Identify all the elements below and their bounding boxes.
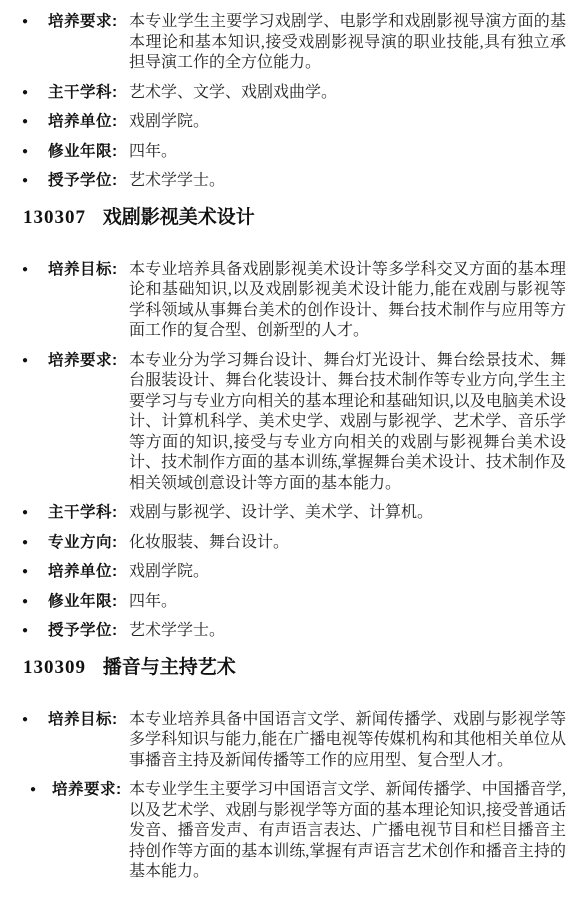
bullet-icon: ● bbox=[22, 142, 48, 163]
item-text: 本专业分为学习舞台设计、舞台灯光设计、舞台绘景技术、舞台服装设计、舞台化装设计、… bbox=[129, 351, 566, 495]
item-text: 艺术学学士。 bbox=[129, 171, 566, 192]
item-text: 本专业学生主要学习戏剧学、电影学和戏剧影视导演方面的基本理论和基本知识,接受戏剧… bbox=[129, 12, 566, 74]
item-text: 本专业学生主要学习中国语言文学、新闻传播学、中国播音学,以及艺术学、戏剧与影视学… bbox=[129, 780, 566, 883]
bullet-icon: ● bbox=[22, 533, 48, 554]
item-label: 修业年限: bbox=[48, 142, 129, 163]
item-label: 专业方向: bbox=[48, 533, 129, 554]
list-item-training-unit: ● 培养单位: 戏剧学院。 bbox=[22, 112, 566, 133]
item-label: 培养要求: bbox=[48, 351, 129, 495]
bullet-icon: ● bbox=[22, 710, 48, 772]
item-text: 艺术学、文学、戏剧戏曲学。 bbox=[129, 83, 566, 104]
item-label: 培养目标: bbox=[48, 260, 129, 342]
bullet-icon: ● bbox=[22, 592, 48, 613]
list-item-degree-awarded: ● 授予学位: 艺术学学士。 bbox=[22, 171, 566, 192]
list-item-study-duration: ● 修业年限: 四年。 bbox=[22, 592, 566, 613]
major-code: 130309 bbox=[23, 657, 86, 678]
list-item-training-requirements: ● 培养要求: 本专业学生主要学习中国语言文学、新闻传播学、中国播音学,以及艺术… bbox=[22, 780, 566, 883]
bullet-icon: ● bbox=[22, 621, 48, 642]
item-label: 主干学科: bbox=[48, 503, 129, 524]
item-text: 戏剧与影视学、设计学、美术学、计算机。 bbox=[129, 503, 566, 524]
major-code: 130307 bbox=[23, 207, 86, 228]
bullet-icon: ● bbox=[22, 12, 48, 74]
item-label: 主干学科: bbox=[48, 83, 129, 104]
bullet-icon: ● bbox=[22, 83, 48, 104]
item-text: 本专业培养具备中国语言文学、新闻传播学、戏剧与影视学等多学科知识与能力,能在广播… bbox=[129, 710, 566, 772]
major-title: 戏剧影视美术设计 bbox=[103, 207, 255, 228]
major-title: 播音与主持艺术 bbox=[103, 657, 236, 678]
item-label: 培养单位: bbox=[48, 112, 129, 133]
list-item-training-objectives: ● 培养目标: 本专业培养具备中国语言文学、新闻传播学、戏剧与影视学等多学科知识… bbox=[22, 710, 566, 772]
bullet-icon: ● bbox=[22, 351, 48, 495]
item-text: 戏剧学院。 bbox=[129, 562, 566, 583]
bullet-icon: ● bbox=[22, 503, 48, 524]
item-label: 培养目标: bbox=[48, 710, 129, 772]
section-heading-130309: 130309 播音与主持艺术 bbox=[22, 656, 566, 680]
item-label: 培养要求: bbox=[48, 12, 129, 74]
item-text: 四年。 bbox=[129, 142, 566, 163]
list-item-training-unit: ● 培养单位: 戏剧学院。 bbox=[22, 562, 566, 583]
list-item-core-disciplines: ● 主干学科: 艺术学、文学、戏剧戏曲学。 bbox=[22, 83, 566, 104]
bullet-icon: ● bbox=[22, 112, 48, 133]
item-text: 本专业培养具备戏剧影视美术设计等多学科交叉方面的基本理论和基础知识,以及戏剧影视… bbox=[129, 260, 566, 342]
section-heading-130307: 130307 戏剧影视美术设计 bbox=[22, 206, 566, 230]
item-text: 艺术学学士。 bbox=[129, 621, 566, 642]
item-text: 化妆服装、舞台设计。 bbox=[129, 533, 566, 554]
list-item-core-disciplines: ● 主干学科: 戏剧与影视学、设计学、美术学、计算机。 bbox=[22, 503, 566, 524]
bullet-icon: ● bbox=[22, 171, 48, 192]
list-item-study-duration: ● 修业年限: 四年。 bbox=[22, 142, 566, 163]
item-text: 四年。 bbox=[129, 592, 566, 613]
bullet-icon: ● bbox=[22, 562, 48, 583]
item-text: 戏剧学院。 bbox=[129, 112, 566, 133]
list-item-training-objectives: ● 培养目标: 本专业培养具备戏剧影视美术设计等多学科交叉方面的基本理论和基础知… bbox=[22, 260, 566, 342]
item-label: 授予学位: bbox=[48, 621, 129, 642]
list-item-training-requirements: ● 培养要求: 本专业学生主要学习戏剧学、电影学和戏剧影视导演方面的基本理论和基… bbox=[22, 12, 566, 74]
list-item-degree-awarded: ● 授予学位: 艺术学学士。 bbox=[22, 621, 566, 642]
bullet-icon: ● bbox=[22, 260, 48, 342]
item-label: 授予学位: bbox=[48, 171, 129, 192]
document-page: ● 培养要求: 本专业学生主要学习戏剧学、电影学和戏剧影视导演方面的基本理论和基… bbox=[0, 0, 580, 897]
item-label: 修业年限: bbox=[48, 592, 129, 613]
item-label: 培养单位: bbox=[48, 562, 129, 583]
item-label: 培养要求: bbox=[52, 780, 133, 883]
list-item-training-requirements: ● 培养要求: 本专业分为学习舞台设计、舞台灯光设计、舞台绘景技术、舞台服装设计… bbox=[22, 351, 566, 495]
list-item-specialization-direction: ● 专业方向: 化妆服装、舞台设计。 bbox=[22, 533, 566, 554]
